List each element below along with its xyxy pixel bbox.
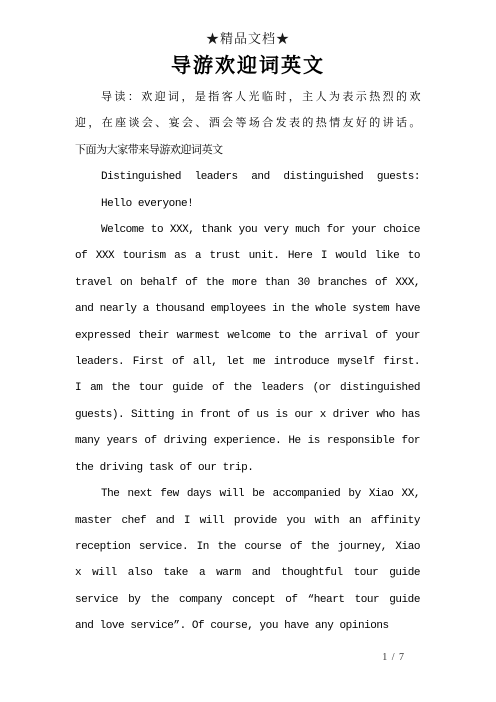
body-line: Hello everyone! [75, 191, 420, 217]
body-line: the driving task of our trip. [75, 455, 420, 481]
document-page: ★精品文档★ 导游欢迎词英文 导读：欢迎词，是指客人光临时，主人为表示热烈的欢 … [0, 0, 496, 702]
body-line: and love service”. Of course, you have a… [75, 613, 420, 639]
body-line: guests). Sitting in front of us is our x… [75, 402, 420, 428]
body-line: of XXX tourism as a trust unit. Here I w… [75, 243, 420, 269]
body-line: The next few days will be accompanied by… [75, 481, 420, 507]
page-title: 导游欢迎词英文 [0, 54, 496, 78]
body-line: reception service. In the course of the … [75, 534, 420, 560]
body-line: and nearly a thousand employees in the w… [75, 296, 420, 322]
page-number: 1 / 7 [382, 652, 405, 663]
body-line: 导读：欢迎词，是指客人光临时，主人为表示热烈的欢 [75, 85, 420, 111]
body-line: leaders. First of all, let me introduce … [75, 349, 420, 375]
body-line: 迎，在座谈会、宴会、酒会等场合发表的热情友好的讲话。 [75, 111, 420, 137]
document-body: 导读：欢迎词，是指客人光临时，主人为表示热烈的欢 迎，在座谈会、宴会、酒会等场合… [75, 85, 420, 640]
body-line: Distinguished leaders and distinguished … [75, 164, 420, 190]
body-line: expressed their warmest welcome to the a… [75, 323, 420, 349]
body-line: 下面为大家带来导游欢迎词英文 [75, 138, 420, 164]
body-line: travel on behalf of the more than 30 bra… [75, 270, 420, 296]
body-line: master chef and I will provide you with … [75, 508, 420, 534]
body-line: Welcome to XXX, thank you very much for … [75, 217, 420, 243]
body-line: x will also take a warm and thoughtful t… [75, 560, 420, 586]
body-line: I am the tour guide of the leaders (or d… [75, 375, 420, 401]
body-line: service by the company concept of “heart… [75, 587, 420, 613]
body-line: many years of driving experience. He is … [75, 428, 420, 454]
doc-header-label: ★精品文档★ [0, 0, 496, 46]
